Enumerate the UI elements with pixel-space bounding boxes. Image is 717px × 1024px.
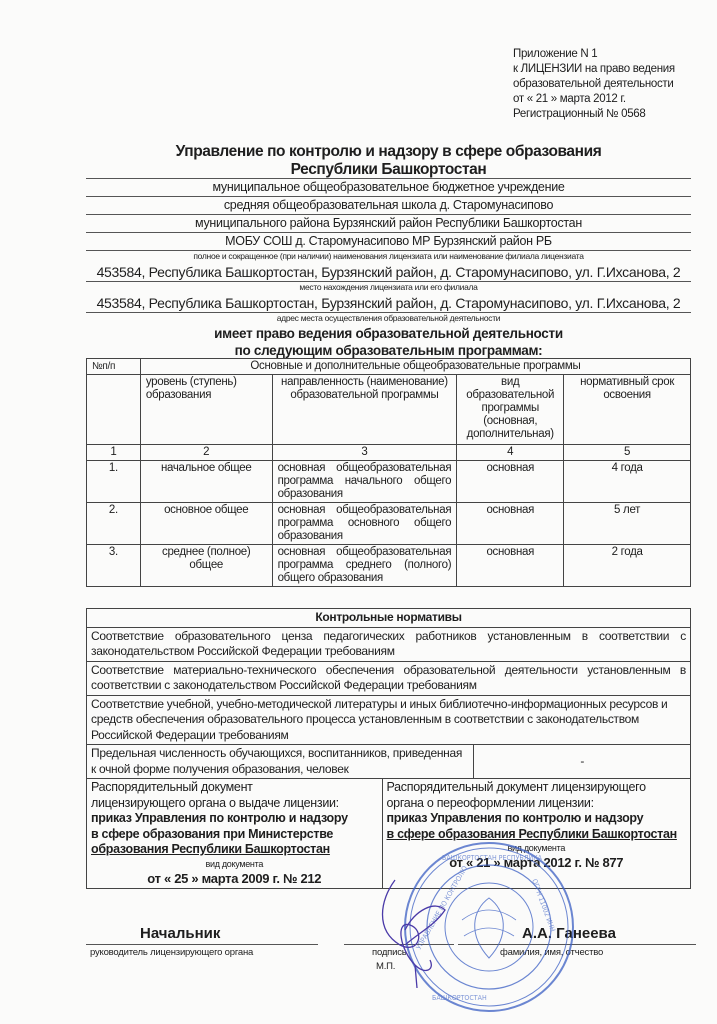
appendix-header: Приложение N 1 к ЛИЦЕНЗИИ на право веден… bbox=[513, 47, 713, 122]
position-caption: руководитель лицензирующего органа bbox=[90, 947, 253, 958]
licensee-location: 453584, Республика Башкортостан, Бурзянс… bbox=[86, 263, 691, 281]
reissue-doc-intro: Распорядительный документ лицензирующего bbox=[387, 780, 686, 796]
position-underline bbox=[86, 944, 318, 945]
row-kind: основная bbox=[457, 461, 564, 503]
row-num: 2. bbox=[87, 503, 141, 545]
num-header: №п/п bbox=[87, 359, 141, 375]
licensee-name-line-1: муниципальное общеобразовательное бюджет… bbox=[86, 178, 691, 196]
programs-table: №п/п Основные и дополнительные общеобраз… bbox=[86, 358, 691, 587]
reissue-doc-intro-2: органа о переоформлении лицензии: bbox=[387, 796, 686, 812]
col-number: 1 bbox=[87, 445, 141, 461]
max-students-value: - bbox=[474, 745, 691, 779]
row-term: 5 лет bbox=[564, 503, 691, 545]
authority-title: Управление по контролю и надзору в сфере… bbox=[86, 143, 691, 179]
reissue-doc-title-2: в сфере образования Республики Башкортос… bbox=[387, 827, 686, 843]
row-term: 2 года bbox=[564, 545, 691, 587]
signer-name: А.А. Ганеева bbox=[522, 925, 616, 942]
col-header-kind: вид образовательной программы (основная,… bbox=[457, 375, 564, 445]
svg-text:БАШКОРТОСТАН: БАШКОРТОСТАН bbox=[432, 994, 487, 1002]
control-norm-item: Соответствие образовательного ценза педа… bbox=[87, 627, 691, 661]
licensee-name-line-2: средняя общеобразовательная школа д. Ста… bbox=[86, 196, 691, 214]
group-header: Основные и дополнительные общеобразовате… bbox=[140, 359, 690, 375]
issue-doc-title-2: в сфере образования при Министерстве bbox=[91, 827, 378, 843]
appendix-date: от « 21 » марта 2012 г. bbox=[513, 92, 713, 107]
activity-address-caption: адрес места осуществления образовательно… bbox=[86, 312, 691, 325]
authority-title-line-2: Республики Башкортостан bbox=[86, 161, 691, 179]
table-row: 1. начальное общее основная общеобразова… bbox=[87, 461, 691, 503]
right-statement-line-2: по следующим образовательным программам: bbox=[86, 342, 691, 359]
table-row: 2. основное общее основная общеобразоват… bbox=[87, 503, 691, 545]
row-level: среднее (полное) общее bbox=[140, 545, 272, 587]
issue-doc-title: приказ Управления по контролю и надзору bbox=[91, 811, 378, 827]
licensee-name-caption: полное и сокращенное (при наличии) наиме… bbox=[86, 250, 691, 263]
row-num: 3. bbox=[87, 545, 141, 587]
control-norms-table: Контрольные нормативы Соответствие образ… bbox=[86, 608, 691, 889]
table-row: 3. среднее (полное) общее основная общео… bbox=[87, 545, 691, 587]
appendix-reg-number: Регистрационный № 0568 bbox=[513, 107, 713, 122]
table-header-row: №п/п Основные и дополнительные общеобраз… bbox=[87, 359, 691, 375]
licensee-name-line-3: муниципального района Бурзянский район Р… bbox=[86, 214, 691, 232]
licensee-block: муниципальное общеобразовательное бюджет… bbox=[86, 178, 691, 359]
row-term: 4 года bbox=[564, 461, 691, 503]
control-norm-item: Соответствие учебной, учебно-методическо… bbox=[87, 695, 691, 745]
reissue-doc-kind-caption: вид документа bbox=[387, 842, 686, 854]
row-level: начальное общее bbox=[140, 461, 272, 503]
issue-document-cell: Распорядительный документ лицензирующего… bbox=[87, 779, 383, 889]
row-level: основное общее bbox=[140, 503, 272, 545]
authority-title-line-1: Управление по контролю и надзору в сфере… bbox=[86, 143, 691, 161]
col-number: 3 bbox=[272, 445, 457, 461]
licensee-short-name: МОБУ СОШ д. Старомунасипово МР Бурзянски… bbox=[86, 232, 691, 250]
row-num: 1. bbox=[87, 461, 141, 503]
signature-block: Начальник руководитель лицензирующего ор… bbox=[86, 925, 696, 985]
issue-doc-title-3: образования Республики Башкортостан bbox=[91, 842, 378, 858]
empty-cell bbox=[87, 375, 141, 445]
name-underline bbox=[458, 944, 696, 945]
col-header-term: нормативный срок освоения bbox=[564, 375, 691, 445]
control-norms-header: Контрольные нормативы bbox=[87, 609, 691, 628]
issue-doc-intro-2: лицензирующего органа о выдаче лицензии: bbox=[91, 796, 378, 812]
row-program-name: основная общеобразовательная программа с… bbox=[272, 545, 457, 587]
table-column-header-row: уровень (ступень) образования направленн… bbox=[87, 375, 691, 445]
col-number: 4 bbox=[457, 445, 564, 461]
row-program-name: основная общеобразовательная программа н… bbox=[272, 461, 457, 503]
issue-doc-kind-caption: вид документа bbox=[91, 858, 378, 870]
right-statement: имеет право ведения образовательной деят… bbox=[86, 325, 691, 359]
column-number-row: 1 2 3 4 5 bbox=[87, 445, 691, 461]
licensee-location-caption: место нахождения лицензиата или его фили… bbox=[86, 281, 691, 294]
row-program-name: основная общеобразовательная программа о… bbox=[272, 503, 457, 545]
activity-address: 453584, Республика Башкортостан, Бурзянс… bbox=[86, 294, 691, 312]
appendix-license-ref: к ЛИЦЕНЗИИ на право ведения bbox=[513, 62, 713, 77]
control-norm-item: Соответствие материально-технического об… bbox=[87, 661, 691, 695]
row-kind: основная bbox=[457, 545, 564, 587]
reissue-doc-title: приказ Управления по контролю и надзору bbox=[387, 811, 686, 827]
reissue-document-cell: Распорядительный документ лицензирующего… bbox=[382, 779, 690, 889]
right-statement-line-1: имеет право ведения образовательной деят… bbox=[86, 325, 691, 342]
signature-caption: подпись bbox=[372, 947, 407, 958]
seal-caption: М.П. bbox=[376, 961, 395, 972]
col-number: 5 bbox=[564, 445, 691, 461]
reissue-doc-date: от « 21 » марта 2012 г. № 877 bbox=[387, 854, 686, 871]
name-caption: фамилия, имя, отчество bbox=[500, 947, 603, 958]
col-header-name: направленность (наименование) образовате… bbox=[272, 375, 457, 445]
appendix-license-ref-2: образовательной деятельности bbox=[513, 77, 713, 92]
max-students-label: Предельная численность обучающихся, восп… bbox=[87, 745, 474, 779]
row-kind: основная bbox=[457, 503, 564, 545]
issue-doc-date: от « 25 » марта 2009 г. № 212 bbox=[91, 870, 378, 887]
appendix-number: Приложение N 1 bbox=[513, 47, 713, 62]
signature-underline bbox=[344, 944, 454, 945]
col-header-level: уровень (ступень) образования bbox=[140, 375, 272, 445]
signer-position: Начальник bbox=[140, 925, 220, 942]
col-number: 2 bbox=[140, 445, 272, 461]
issue-doc-intro: Распорядительный документ bbox=[91, 780, 378, 796]
